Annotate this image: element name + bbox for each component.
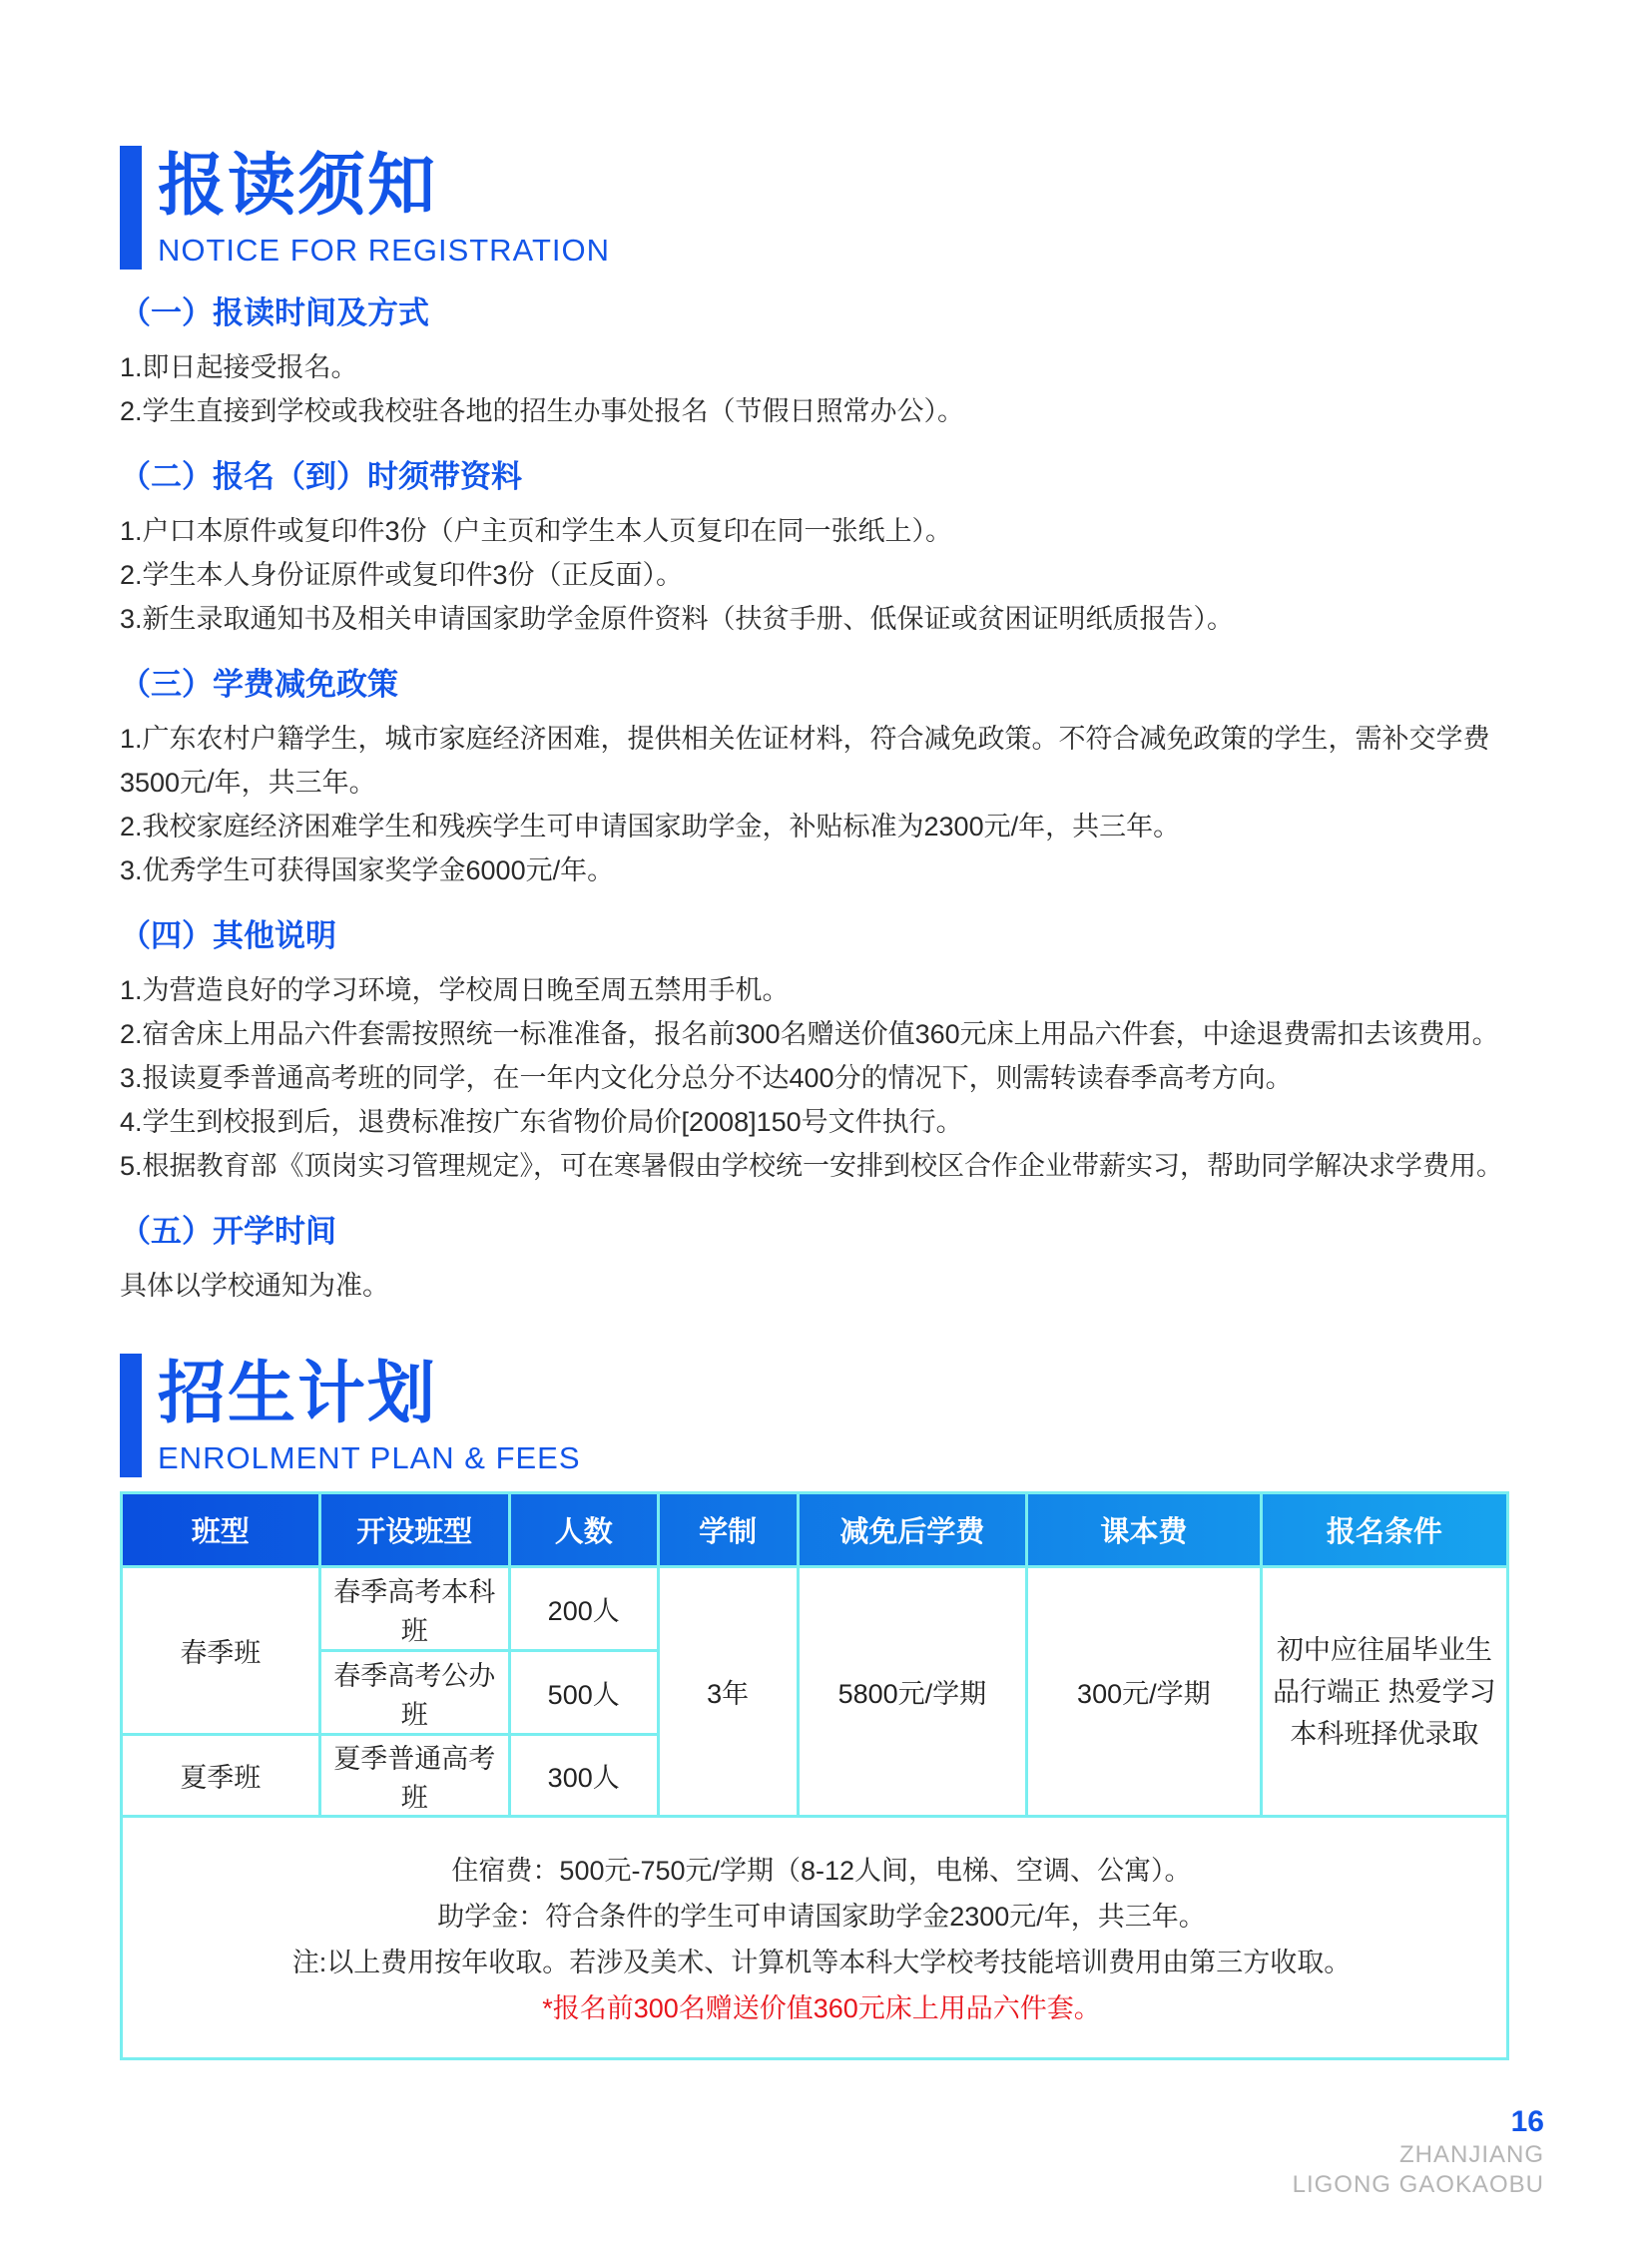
accent-bar <box>120 146 142 270</box>
col-header-duration: 学制 <box>658 1493 798 1567</box>
footer-brand-line-1: ZHANJIANG <box>120 2140 1544 2170</box>
col-header-class-offered: 开设班型 <box>319 1493 509 1567</box>
subsection-1-line: 1.即日起接受报名。 <box>120 345 1572 389</box>
table-notes-row: 住宿费：500元-750元/学期（8-12人间，电梯、空调、公寓）。 助学金：符… <box>122 1817 1508 2059</box>
page-number: 16 <box>120 2104 1544 2140</box>
subsection-2-heading: （二）报名（到）时须带资料 <box>120 459 1572 495</box>
notice-section-header: 报读须知 NOTICE FOR REGISTRATION <box>120 146 1572 270</box>
notice-title-cn: 报读须知 <box>158 146 610 226</box>
subsection-3: （三）学费减免政策 1.广东农村户籍学生，城市家庭经济困难，提供相关佐证材料，符… <box>120 667 1572 892</box>
subsection-4-line: 1.为营造良好的学习环境，学校周日晚至周五禁用手机。 <box>120 968 1572 1012</box>
col-header-requirements: 报名条件 <box>1261 1493 1507 1567</box>
enrolment-plan-table: 班型 开设班型 人数 学制 减免后学费 课本费 报名条件 春季班 春季高考本科班… <box>120 1491 1509 2060</box>
requirement-line: 品行端正 热爱学习 <box>1263 1671 1506 1713</box>
fee-note: 住宿费：500元-750元/学期（8-12人间，电梯、空调、公寓）。 <box>167 1848 1476 1894</box>
col-header-textbook-fee: 课本费 <box>1026 1493 1261 1567</box>
cell-tuition: 5800元/学期 <box>798 1567 1026 1817</box>
col-header-class-type: 班型 <box>122 1493 320 1567</box>
cell-class-name: 夏季普通高考班 <box>319 1735 509 1817</box>
fee-notes-cell: 住宿费：500元-750元/学期（8-12人间，电梯、空调、公寓）。 助学金：符… <box>122 1817 1508 2059</box>
subsection-5-heading: （五）开学时间 <box>120 1214 1572 1250</box>
subsection-2: （二）报名（到）时须带资料 1.户口本原件或复印件3份（户主页和学生本人页复印在… <box>120 459 1572 641</box>
cell-count: 300人 <box>509 1735 658 1817</box>
accent-bar <box>120 1354 142 1477</box>
subsection-3-heading: （三）学费减免政策 <box>120 667 1572 703</box>
subsection-4-line: 5.根据教育部《顶岗实习管理规定》，可在寒暑假由学校统一安排到校区合作企业带薪实… <box>120 1144 1572 1188</box>
subsection-5: （五）开学时间 具体以学校通知为准。 <box>120 1214 1572 1308</box>
enrolment-title-cn: 招生计划 <box>158 1354 581 1433</box>
fee-note: 注:以上费用按年收取。若涉及美术、计算机等本科大学校考技能培训费用由第三方收取。 <box>167 1940 1476 1985</box>
fee-note-red: *报名前300名赠送价值360元床上用品六件套。 <box>167 1985 1476 2031</box>
subsection-4-heading: （四）其他说明 <box>120 918 1572 954</box>
col-header-tuition: 减免后学费 <box>798 1493 1026 1567</box>
brochure-page: 报读须知 NOTICE FOR REGISTRATION （一）报读时间及方式 … <box>0 0 1652 2200</box>
page-footer: 16 ZHANJIANG LIGONG GAOKAOBU <box>120 2104 1572 2200</box>
subsection-3-line: 1.广东农村户籍学生，城市家庭经济困难，提供相关佐证材料，符合减免政策。不符合减… <box>120 717 1572 761</box>
requirement-line: 本科班择优录取 <box>1263 1713 1506 1755</box>
requirement-line: 初中应往届毕业生 <box>1263 1629 1506 1671</box>
cell-class-name: 春季高考本科班 <box>319 1567 509 1651</box>
col-header-count: 人数 <box>509 1493 658 1567</box>
notice-titles: 报读须知 NOTICE FOR REGISTRATION <box>158 146 610 270</box>
subsection-5-line: 具体以学校通知为准。 <box>120 1264 1572 1308</box>
cell-duration: 3年 <box>658 1567 798 1817</box>
subsection-3-line: 3500元/年，共三年。 <box>120 761 1572 805</box>
cell-requirements: 初中应往届毕业生 品行端正 热爱学习 本科班择优录取 <box>1261 1567 1507 1817</box>
cell-summer-label: 夏季班 <box>122 1735 320 1817</box>
fee-note: 助学金：符合条件的学生可申请国家助学金2300元/年，共三年。 <box>167 1894 1476 1940</box>
cell-count: 500人 <box>509 1651 658 1735</box>
table-row: 春季班 春季高考本科班 200人 3年 5800元/学期 300元/学期 初中应… <box>122 1567 1508 1651</box>
cell-class-name: 春季高考公办班 <box>319 1651 509 1735</box>
cell-textbook-fee: 300元/学期 <box>1026 1567 1261 1817</box>
subsection-2-line: 2.学生本人身份证原件或复印件3份（正反面）。 <box>120 553 1572 597</box>
enrolment-title-en: ENROLMENT PLAN & FEES <box>158 1439 581 1477</box>
subsection-2-line: 1.户口本原件或复印件3份（户主页和学生本人页复印在同一张纸上）。 <box>120 509 1572 553</box>
table-header-row: 班型 开设班型 人数 学制 减免后学费 课本费 报名条件 <box>122 1493 1508 1567</box>
cell-count: 200人 <box>509 1567 658 1651</box>
subsection-1-heading: （一）报读时间及方式 <box>120 295 1572 331</box>
subsection-4-line: 4.学生到校报到后，退费标准按广东省物价局价[2008]150号文件执行。 <box>120 1100 1572 1144</box>
subsection-1-line: 2.学生直接到学校或我校驻各地的招生办事处报名（节假日照常办公）。 <box>120 389 1572 433</box>
enrolment-section-header: 招生计划 ENROLMENT PLAN & FEES <box>120 1354 1572 1477</box>
footer-brand-line-2: LIGONG GAOKAOBU <box>120 2170 1544 2200</box>
notice-title-en: NOTICE FOR REGISTRATION <box>158 232 610 270</box>
subsection-4-line: 3.报读夏季普通高考班的同学，在一年内文化分总分不达400分的情况下，则需转读春… <box>120 1056 1572 1100</box>
subsection-4: （四）其他说明 1.为营造良好的学习环境，学校周日晚至周五禁用手机。 2.宿舍床… <box>120 918 1572 1188</box>
subsection-3-line: 2.我校家庭经济困难学生和残疾学生可申请国家助学金，补贴标准为2300元/年，共… <box>120 805 1572 848</box>
subsection-3-line: 3.优秀学生可获得国家奖学金6000元/年。 <box>120 848 1572 892</box>
subsection-2-line: 3.新生录取通知书及相关申请国家助学金原件资料（扶贫手册、低保证或贫困证明纸质报… <box>120 597 1572 641</box>
subsection-4-line: 2.宿舍床上用品六件套需按照统一标准准备，报名前300名赠送价值360元床上用品… <box>120 1012 1572 1056</box>
enrolment-titles: 招生计划 ENROLMENT PLAN & FEES <box>158 1354 581 1477</box>
cell-spring-label: 春季班 <box>122 1567 320 1735</box>
subsection-1: （一）报读时间及方式 1.即日起接受报名。 2.学生直接到学校或我校驻各地的招生… <box>120 295 1572 433</box>
